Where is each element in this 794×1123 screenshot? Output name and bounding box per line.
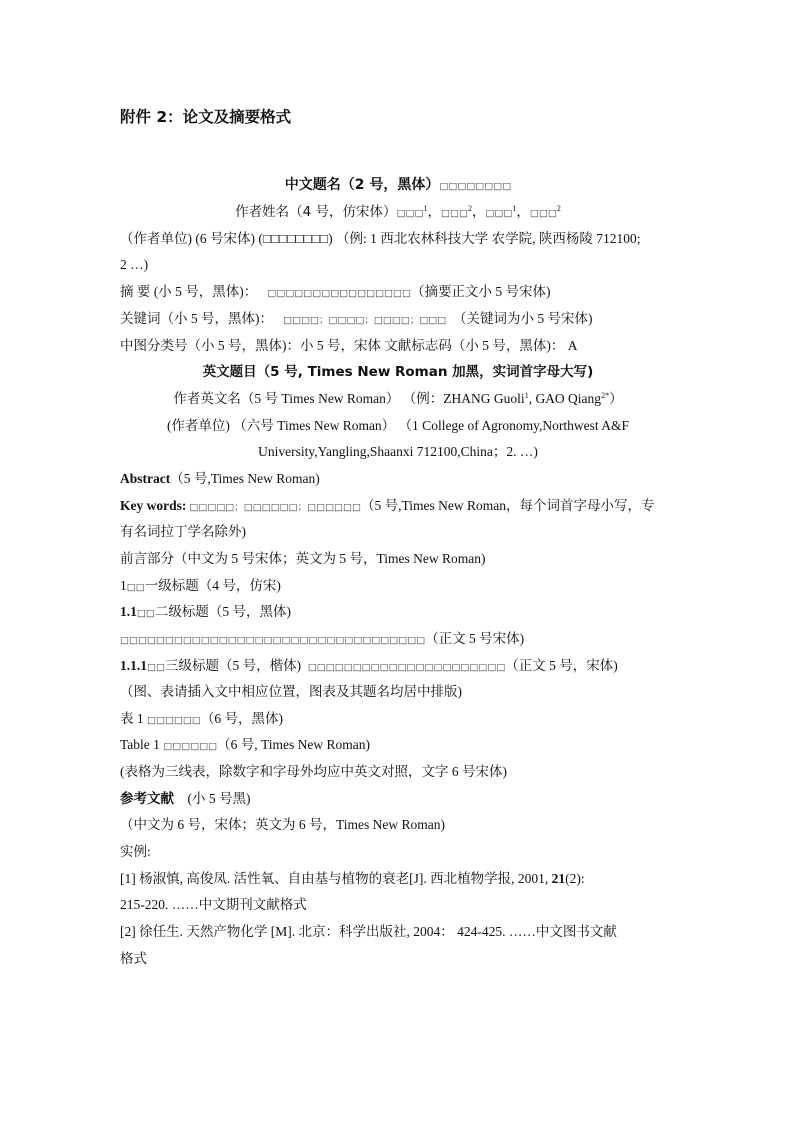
english-authors-mid: , GAO Qiang bbox=[529, 391, 601, 406]
keywords-boxes: □□□□；□□□□；□□□□；□□□ bbox=[283, 315, 446, 326]
keywords-note: （关键词为小 5 号宋体) bbox=[453, 311, 593, 326]
body-boxes: □□□□□□□□□□□□□□□□□□□□□□□□□□□□□□□□□□ bbox=[120, 635, 425, 646]
reference-font-note-line: （中文为 6 号，宋体；英文为 6 号，Times New Roman) bbox=[120, 816, 676, 834]
chinese-keywords-line: 关键词（小 5 号，黑体)： □□□□；□□□□；□□□□；□□□ （关键词为小… bbox=[120, 310, 676, 330]
separator: ， bbox=[516, 204, 530, 219]
english-title-line: 英文题目（5 号, Times New Roman 加黑，实词首字母大写) bbox=[120, 363, 676, 381]
table-caption-zh-line: 表 1 □□□□□□（6 号，黑体) bbox=[120, 710, 676, 730]
title-placeholder-boxes: □□□□□□□□ bbox=[439, 181, 511, 192]
english-keywords-boxes: □□□□□；□□□□□□；□□□□□□ bbox=[186, 502, 361, 513]
english-affiliation-line-1: (作者单位) （六号 Times New Roman） （1 College o… bbox=[120, 417, 676, 435]
level1-heading-line: 1□□一级标题（4 号，仿宋) bbox=[120, 577, 676, 597]
english-keywords-line-2: 有名词拉丁学名除外) bbox=[120, 523, 676, 541]
level2-heading-line: 1.1□□二级标题（5 号，黑体) bbox=[120, 603, 676, 623]
author-3: □□□ bbox=[485, 208, 512, 219]
reference-2-line-1: [2] 徐任生. 天然产物化学 [M]. 北京：科学出版社, 2004： 424… bbox=[120, 923, 676, 941]
level3-text: 三级标题（5 号，楷体) bbox=[165, 658, 305, 673]
level2-text: 二级标题（5 号，黑体) bbox=[155, 604, 291, 619]
authors-label: 作者姓名（4 号，仿宋体） bbox=[235, 204, 396, 220]
reference-1-issue: (2): bbox=[565, 871, 585, 886]
reference-1-text: [1] 杨淑慎, 高俊凤. 活性氧、自由基与植物的衰老[J]. 西北植物学报, … bbox=[120, 871, 552, 886]
level1-text: 一级标题（4 号，仿宋) bbox=[145, 578, 281, 593]
level1-number: 1 bbox=[120, 578, 127, 593]
table-caption-en-line: Table 1 □□□□□□（6 号, Times New Roman) bbox=[120, 736, 676, 756]
level1-boxes: □□ bbox=[127, 582, 145, 593]
level3-body-boxes: □□□□□□□□□□□□□□□□□□□□□□ bbox=[308, 662, 505, 673]
english-affiliation-line-2: University,Yangling,Shaanxi 712100,China… bbox=[120, 443, 676, 461]
separator: ， bbox=[428, 204, 442, 219]
abstract-note: （摘要正文小 5 号宋体) bbox=[411, 284, 551, 299]
chinese-title-label: 中文题名（2 号，黑体） bbox=[285, 177, 440, 193]
level2-boxes: □□ bbox=[137, 608, 155, 619]
english-keywords-line-1: Key words: □□□□□；□□□□□□；□□□□□□（5 号,Times… bbox=[120, 497, 676, 517]
affil-2: 2* bbox=[601, 391, 609, 400]
reference-2-line-2: 格式 bbox=[120, 950, 676, 968]
level2-number: 1.1 bbox=[120, 604, 137, 619]
english-keywords-note: （5 号,Times New Roman，每个词首字母小写，专 bbox=[361, 498, 655, 513]
figure-note-line: （图、表请插入文中相应位置，图表及其题名均居中排版) bbox=[120, 683, 676, 701]
intro-line: 前言部分（中文为 5 号宋体；英文为 5 号，Times New Roman) bbox=[120, 550, 676, 568]
english-keywords-label: Key words: bbox=[120, 498, 186, 513]
attachment-heading: 附件 2：论文及摘要格式 bbox=[120, 108, 676, 126]
author-1: □□□ bbox=[397, 208, 424, 219]
body-text-line: □□□□□□□□□□□□□□□□□□□□□□□□□□□□□□□□□□（正文 5 … bbox=[120, 630, 676, 650]
separator: ， bbox=[472, 204, 486, 219]
level3-heading-line: 1.1.1□□三级标题（5 号，楷体) □□□□□□□□□□□□□□□□□□□□… bbox=[120, 657, 676, 677]
references-note: (小 5 号黑) bbox=[174, 791, 251, 806]
table-zh-label: 表 1 bbox=[120, 711, 147, 726]
english-abstract-line: Abstract（5 号,Times New Roman) bbox=[120, 470, 676, 488]
abstract-label: 摘 要 (小 5 号，黑体)： bbox=[120, 284, 257, 299]
table-en-boxes: □□□□□□ bbox=[163, 741, 217, 752]
abstract-boxes: □□□□□□□□□□□□□□□□ bbox=[267, 288, 411, 299]
table-en-label: Table 1 bbox=[120, 737, 163, 752]
level3-note: （正文 5 号，宋体) bbox=[505, 658, 618, 673]
table-zh-note: （6 号，黑体) bbox=[201, 711, 283, 726]
english-authors-line: 作者英文名（5 号 Times New Roman） （例：ZHANG Guol… bbox=[120, 390, 676, 408]
level3-number: 1.1.1 bbox=[120, 658, 147, 673]
body-note: （正文 5 号宋体) bbox=[425, 631, 524, 646]
english-authors-end: ） bbox=[609, 391, 623, 406]
author-2: □□□ bbox=[441, 208, 468, 219]
reference-1-line-2: 215-220. ……中文期刊文献格式 bbox=[120, 896, 676, 914]
chinese-affiliation-line-2: 2 …) bbox=[120, 256, 676, 274]
classification-line: 中图分类号（小 5 号，黑体)：小 5 号，宋体 文献标志码（小 5 号，黑体)… bbox=[120, 337, 676, 355]
references-heading-line: 参考文献 (小 5 号黑) bbox=[120, 790, 676, 808]
reference-1-line-1: [1] 杨淑慎, 高俊凤. 活性氧、自由基与植物的衰老[J]. 西北植物学报, … bbox=[120, 870, 676, 888]
example-label: 实例: bbox=[120, 843, 676, 861]
author-4-affil: 2 bbox=[557, 204, 561, 213]
chinese-abstract-line: 摘 要 (小 5 号，黑体)： □□□□□□□□□□□□□□□□（摘要正文小 5… bbox=[120, 283, 676, 303]
english-authors-label: 作者英文名（5 号 Times New Roman） （例：ZHANG Guol… bbox=[173, 391, 524, 406]
english-abstract-label: Abstract bbox=[120, 471, 170, 486]
level3-boxes: □□ bbox=[147, 662, 165, 673]
keywords-label: 关键词（小 5 号，黑体)： bbox=[120, 311, 273, 326]
table-format-note-line: (表格为三线表，除数字和字母外均应中英文对照，文字 6 号宋体) bbox=[120, 763, 676, 781]
english-abstract-note: （5 号,Times New Roman) bbox=[170, 471, 320, 486]
references-label: 参考文献 bbox=[120, 791, 174, 807]
chinese-title-line: 中文题名（2 号，黑体）□□□□□□□□ bbox=[120, 176, 676, 196]
table-en-note: （6 号, Times New Roman) bbox=[217, 737, 370, 752]
chinese-authors-line: 作者姓名（4 号，仿宋体）□□□1，□□□2，□□□1，□□□2 bbox=[120, 203, 676, 223]
reference-1-volume: 21 bbox=[552, 871, 566, 886]
chinese-affiliation-line-1: （作者单位) (6 号宋体) (□□□□□□□□) （例: 1 西北农林科技大学… bbox=[120, 230, 676, 248]
author-4: □□□ bbox=[530, 208, 557, 219]
table-zh-boxes: □□□□□□ bbox=[147, 715, 201, 726]
